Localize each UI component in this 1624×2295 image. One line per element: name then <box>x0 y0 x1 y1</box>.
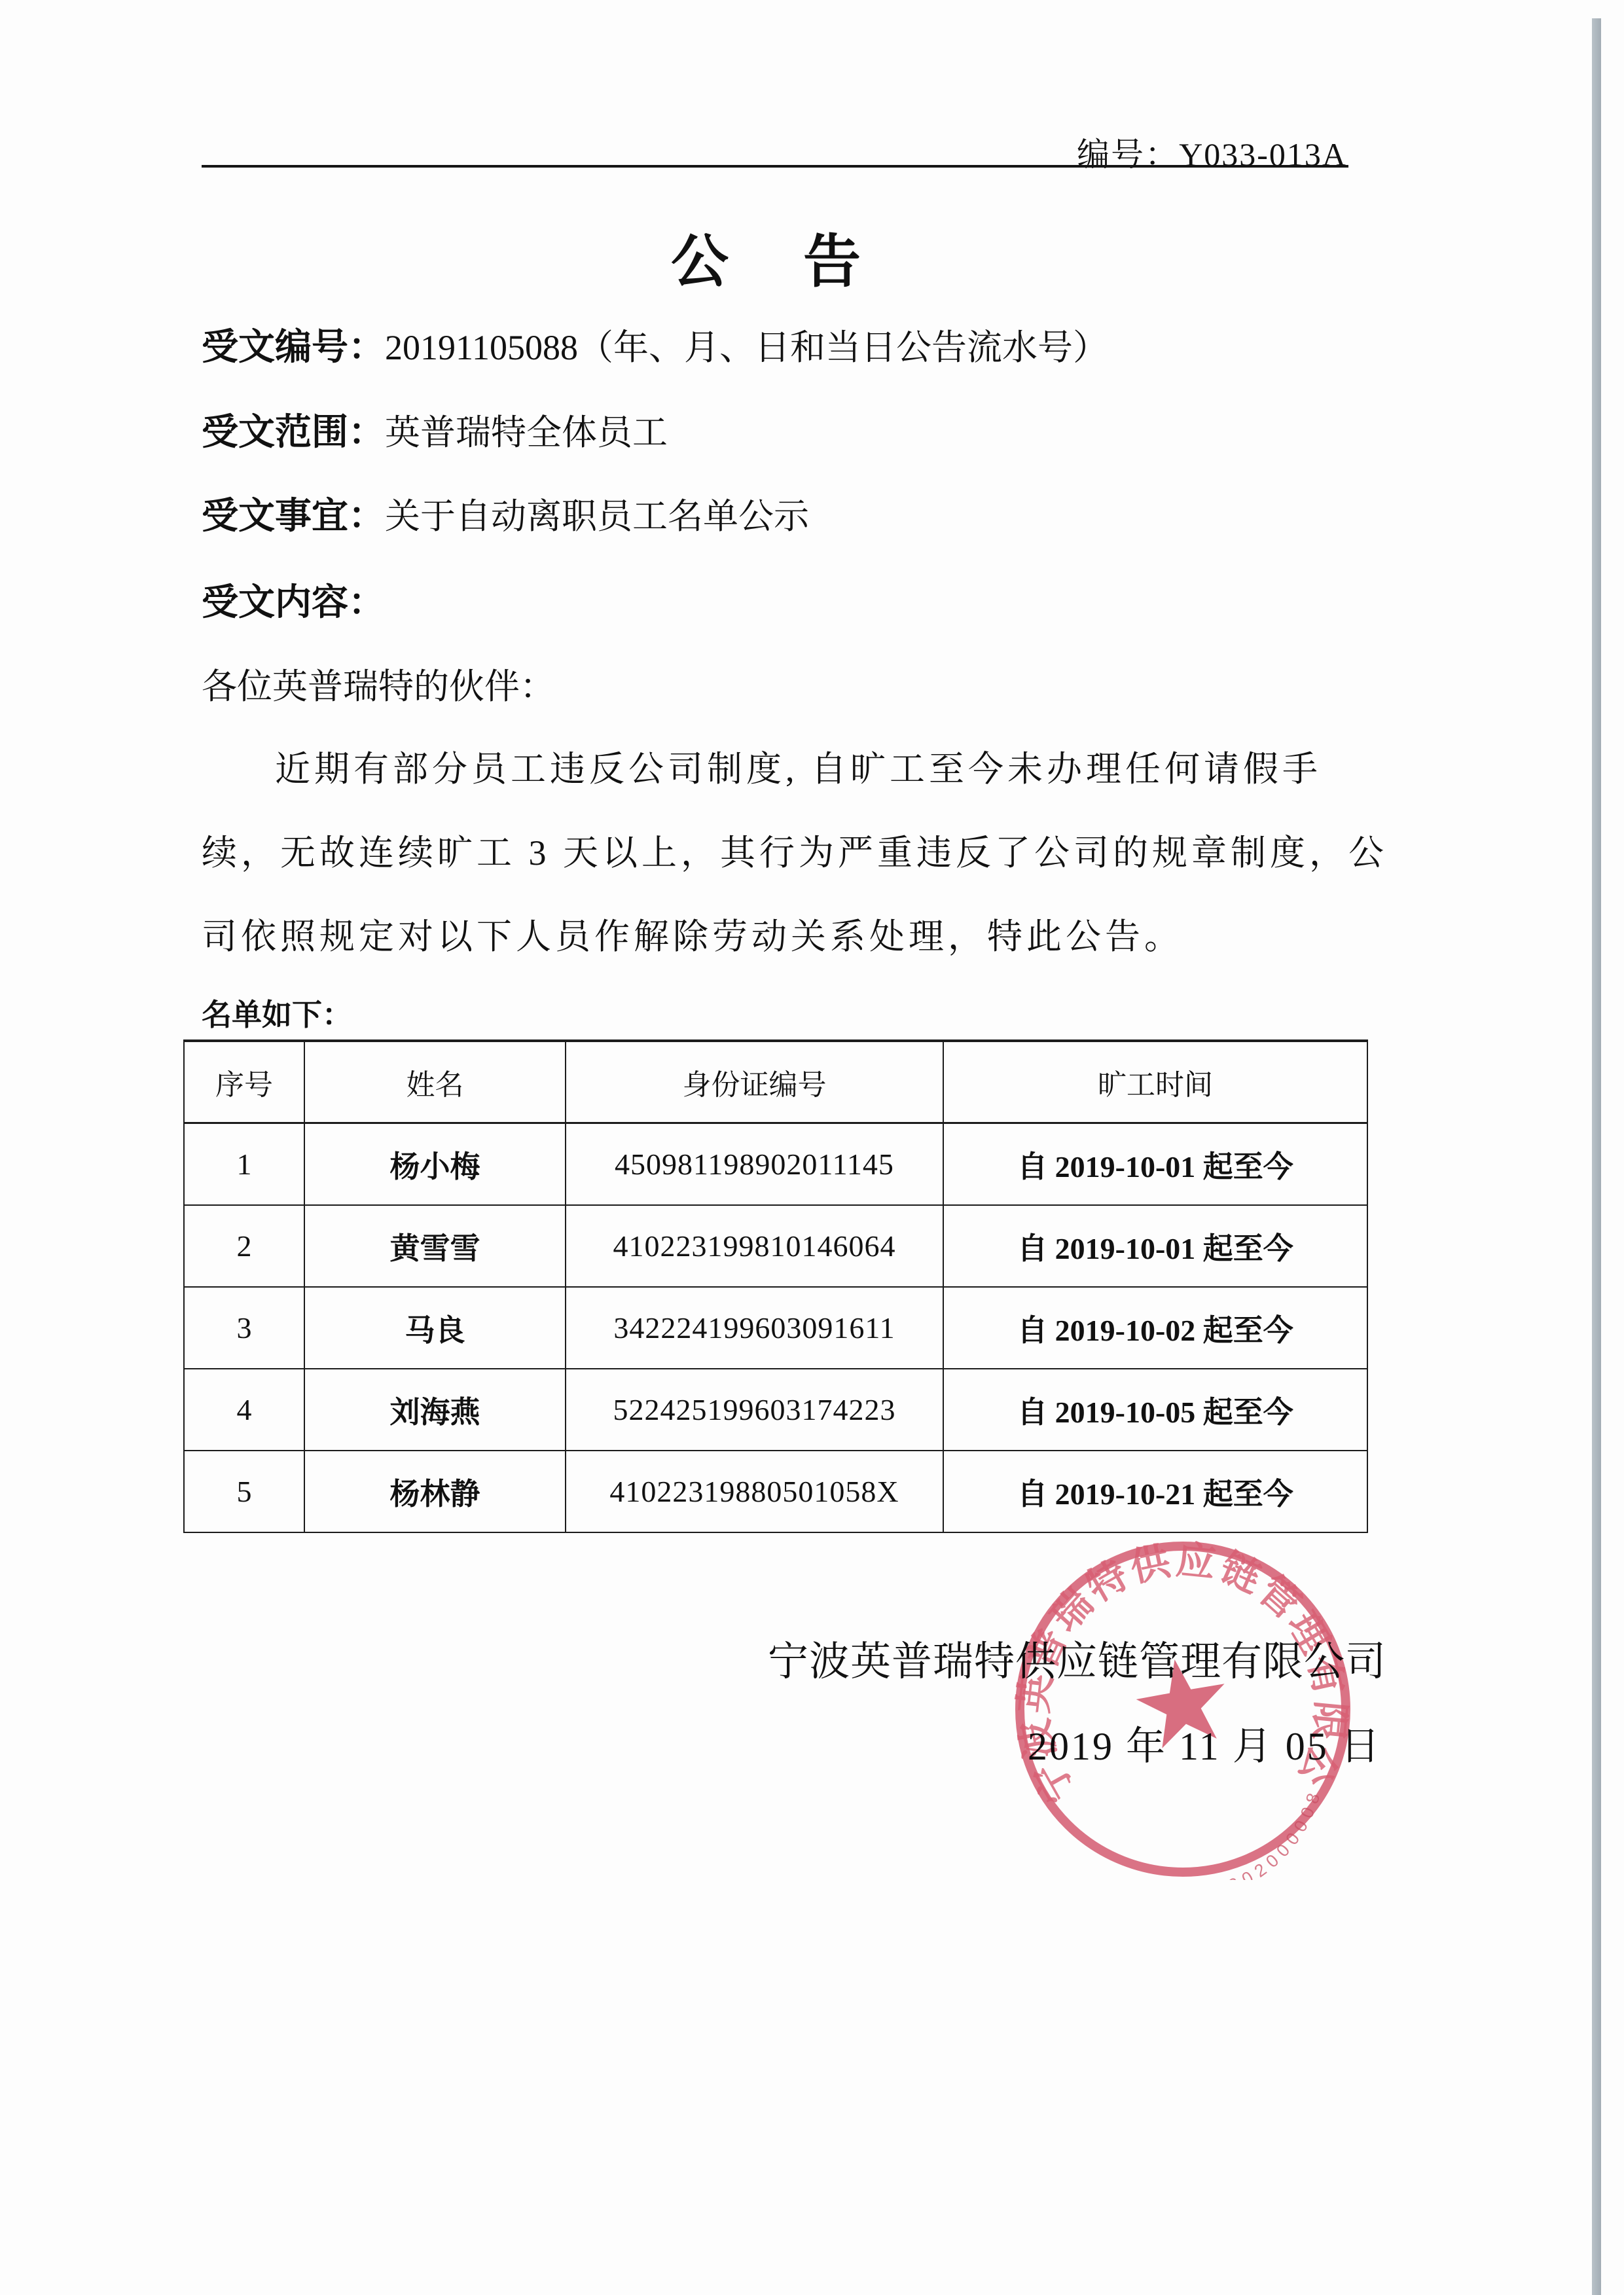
cell-index: 2 <box>184 1205 304 1287</box>
cell-absence: 自 2019-10-02 起至今 <box>943 1287 1367 1369</box>
table-row: 4 刘海燕 522425199603174223 自 2019-10-05 起至… <box>184 1369 1367 1451</box>
cell-id: 522425199603174223 <box>566 1369 943 1451</box>
cell-id: 342224199603091611 <box>566 1287 943 1369</box>
header-rule <box>202 165 1348 168</box>
cell-name: 马良 <box>304 1287 566 1369</box>
table-row: 5 杨林静 41022319880501058X 自 2019-10-21 起至… <box>184 1451 1367 1532</box>
cell-name: 黄雪雪 <box>304 1205 566 1287</box>
col-header-name: 姓名 <box>304 1041 566 1123</box>
cell-id: 450981198902011145 <box>566 1123 943 1206</box>
cell-index: 1 <box>184 1123 304 1206</box>
table-row: 1 杨小梅 450981198902011145 自 2019-10-01 起至… <box>184 1123 1367 1206</box>
field-content: 受文内容： <box>202 573 1354 626</box>
cell-index: 4 <box>184 1369 304 1451</box>
field-value: 20191105088（年、月、日和当日公告流水号） <box>385 328 1108 367</box>
field-label: 受文事宜： <box>202 496 385 537</box>
col-header-id: 身份证编号 <box>566 1041 943 1123</box>
list-intro: 名单如下： <box>202 991 352 1034</box>
field-label: 受文范围： <box>202 412 385 453</box>
field-scope: 受文范围：英普瑞特全体员工 <box>202 403 1354 456</box>
field-label: 受文内容： <box>202 583 385 623</box>
dismissed-employees-table: 序号 姓名 身份证编号 旷工时间 1 杨小梅 45098119890201114… <box>183 1039 1368 1533</box>
table-row: 2 黄雪雪 410223199810146064 自 2019-10-01 起至… <box>184 1205 1367 1287</box>
paragraph-line: 续，无故连续旷工 3 天以上，其行为严重违反了公司的规章制度，公 <box>202 825 1354 875</box>
table-header-row: 序号 姓名 身份证编号 旷工时间 <box>184 1041 1367 1123</box>
cell-absence: 自 2019-10-01 起至今 <box>943 1123 1367 1206</box>
cell-id: 41022319880501058X <box>566 1451 943 1532</box>
cell-absence: 自 2019-10-01 起至今 <box>943 1205 1367 1287</box>
page-title: 公 告 <box>183 216 1348 298</box>
cell-index: 3 <box>184 1287 304 1369</box>
company-seal-stamp: 宁波英普瑞特供应链管理有限公司 3302000008 <box>1012 1538 1354 1880</box>
scanner-edge-shadow <box>1592 18 1601 2295</box>
cell-absence: 自 2019-10-05 起至今 <box>943 1369 1367 1451</box>
document-code: 编号：Y033-013A <box>0 128 1347 175</box>
field-value: 英普瑞特全体员工 <box>385 413 668 452</box>
paragraph-line: 近期有部分员工违反公司制度, 自旷工至今未办理任何请假手 <box>202 741 1427 791</box>
cell-absence: 自 2019-10-21 起至今 <box>943 1451 1367 1532</box>
col-header-absence: 旷工时间 <box>943 1041 1367 1123</box>
cell-id: 410223199810146064 <box>566 1205 943 1287</box>
paragraph-line: 司依照规定对以下人员作解除劳动关系处理，特此公告。 <box>202 909 1354 959</box>
col-header-index: 序号 <box>184 1041 304 1123</box>
scanned-announcement-page: 编号：Y033-013A 公 告 受文编号：20191105088（年、月、日和… <box>0 0 1624 2295</box>
salutation: 各位英普瑞特的伙伴： <box>202 659 555 709</box>
field-subject: 受文事宜：关于自动离职员工名单公示 <box>202 487 1354 539</box>
field-label: 受文编号： <box>202 327 385 368</box>
cell-index: 5 <box>184 1451 304 1532</box>
cell-name: 刘海燕 <box>304 1369 566 1451</box>
table-row: 3 马良 342224199603091611 自 2019-10-02 起至今 <box>184 1287 1367 1369</box>
seal-star <box>1136 1659 1225 1748</box>
cell-name: 杨林静 <box>304 1451 566 1532</box>
field-value: 关于自动离职员工名单公示 <box>385 497 809 536</box>
field-doc-number: 受文编号：20191105088（年、月、日和当日公告流水号） <box>202 318 1354 370</box>
cell-name: 杨小梅 <box>304 1123 566 1206</box>
